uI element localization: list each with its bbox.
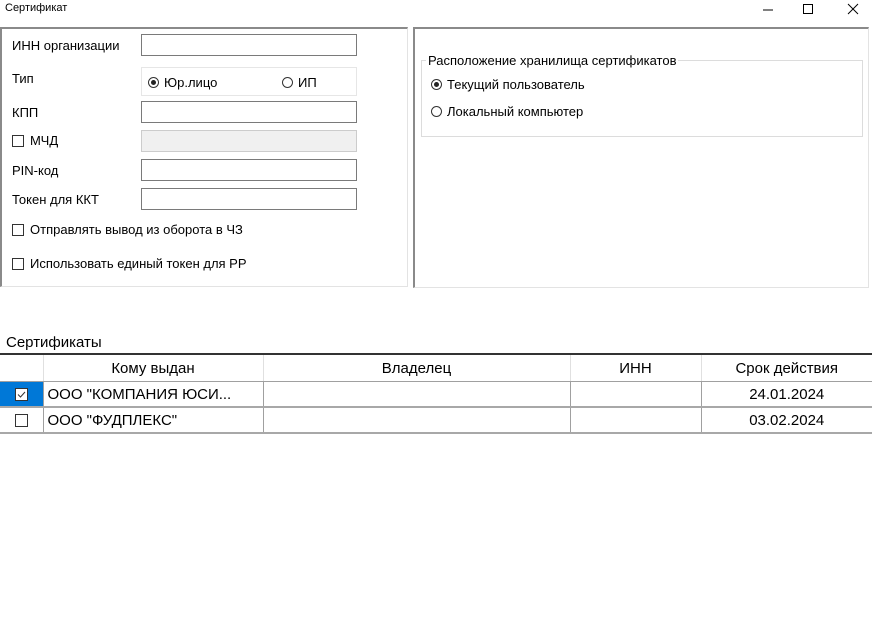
owner-cell bbox=[263, 382, 570, 408]
row-checkbox-cell[interactable] bbox=[0, 382, 43, 408]
radio-current-user[interactable]: Текущий пользователь bbox=[431, 77, 585, 92]
inn-input[interactable] bbox=[141, 34, 357, 56]
checkbox-label: МЧД bbox=[30, 133, 58, 148]
radio-circle-icon bbox=[282, 77, 293, 88]
radio-circle-icon bbox=[148, 77, 159, 88]
certificates-title: Сертификаты bbox=[6, 334, 102, 351]
valid-until-cell: 03.02.2024 bbox=[701, 407, 872, 433]
kkt-token-input[interactable] bbox=[141, 188, 357, 210]
radio-circle-icon bbox=[431, 79, 442, 90]
checkbox-icon bbox=[12, 258, 24, 270]
minimize-icon bbox=[762, 3, 774, 15]
store-location-group: Расположение хранилища сертификатов bbox=[421, 53, 863, 137]
grid-header-row: Кому выдан Владелец ИНН Срок действия bbox=[0, 355, 872, 382]
store-location-legend: Расположение хранилища сертификатов bbox=[426, 53, 678, 68]
minimize-button[interactable] bbox=[753, 0, 783, 18]
maximize-button[interactable] bbox=[793, 0, 823, 18]
checkbox-icon bbox=[12, 224, 24, 236]
radio-circle-icon bbox=[431, 106, 442, 117]
radio-local-computer[interactable]: Локальный компьютер bbox=[431, 104, 583, 119]
maximize-icon bbox=[802, 3, 814, 15]
checkbox-icon bbox=[15, 414, 28, 427]
radio-label: Текущий пользователь bbox=[447, 77, 585, 92]
inn-cell bbox=[570, 382, 701, 408]
inn-label: ИНН организации bbox=[12, 38, 119, 53]
row-checkbox-cell[interactable] bbox=[0, 407, 43, 433]
valid-until-cell: 24.01.2024 bbox=[701, 382, 872, 408]
send-withdrawal-checkbox[interactable]: Отправлять вывод из оборота в ЧЗ bbox=[12, 222, 243, 237]
radio-label: Локальный компьютер bbox=[447, 104, 583, 119]
pin-input[interactable] bbox=[141, 159, 357, 181]
checkbox-label: Использовать единый токен для РР bbox=[30, 256, 247, 271]
column-header-inn[interactable]: ИНН bbox=[570, 355, 701, 382]
column-header-valid-until[interactable]: Срок действия bbox=[701, 355, 872, 382]
pin-label: PIN-код bbox=[12, 163, 58, 178]
kpp-input[interactable] bbox=[141, 101, 357, 123]
column-header-owner[interactable]: Владелец bbox=[263, 355, 570, 382]
type-radio-group: Юр.лицо ИП bbox=[141, 67, 357, 96]
close-icon bbox=[847, 3, 859, 15]
radio-legal-entity[interactable]: Юр.лицо bbox=[148, 75, 217, 90]
radio-label: ИП bbox=[298, 75, 317, 90]
table-row[interactable]: ООО "КОМПАНИЯ ЮСИ... 24.01.2024 bbox=[0, 382, 872, 408]
issued-to-cell: ООО "ФУДПЛЕКС" bbox=[43, 407, 263, 433]
window-title: Сертификат bbox=[5, 2, 67, 14]
certificates-grid: Кому выдан Владелец ИНН Срок действия ОО… bbox=[0, 353, 872, 434]
column-header-issued-to[interactable]: Кому выдан bbox=[43, 355, 263, 382]
issued-to-cell: ООО "КОМПАНИЯ ЮСИ... bbox=[43, 382, 263, 408]
table-row[interactable]: ООО "ФУДПЛЕКС" 03.02.2024 bbox=[0, 407, 872, 433]
radio-label: Юр.лицо bbox=[164, 75, 217, 90]
single-token-checkbox[interactable]: Использовать единый токен для РР bbox=[12, 256, 247, 271]
mchd-input bbox=[141, 130, 357, 152]
kkt-token-label: Токен для ККТ bbox=[12, 192, 99, 207]
kpp-label: КПП bbox=[12, 105, 38, 120]
type-label: Тип bbox=[12, 71, 34, 86]
checkbox-icon bbox=[12, 135, 24, 147]
settings-panel bbox=[0, 27, 408, 287]
inn-cell bbox=[570, 407, 701, 433]
owner-cell bbox=[263, 407, 570, 433]
column-header-check[interactable] bbox=[0, 355, 43, 382]
checkbox-label: Отправлять вывод из оборота в ЧЗ bbox=[30, 222, 243, 237]
store-panel: Расположение хранилища сертификатов bbox=[413, 27, 869, 288]
close-button[interactable] bbox=[838, 0, 868, 18]
radio-individual-entrepreneur[interactable]: ИП bbox=[282, 75, 317, 90]
mchd-checkbox[interactable]: МЧД bbox=[12, 133, 58, 148]
checkbox-checked-icon bbox=[15, 388, 28, 401]
